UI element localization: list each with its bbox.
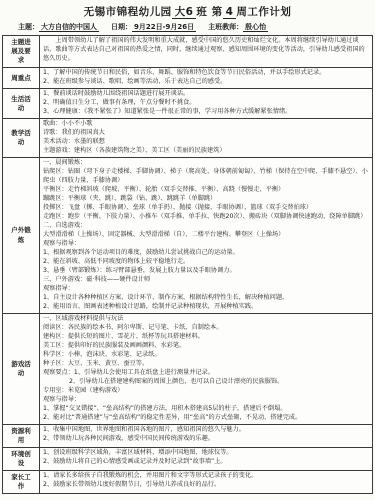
row-label: 生活活动 — [3, 89, 40, 118]
row-line: 走跑区：跑步（平衡、下肢力量）、小推车（双手推、单手拉、快跑20次）、搬砖块（双… — [43, 213, 369, 222]
page-title: 无锡市锦程幼儿园大6班 第4周工作计划 — [2, 3, 373, 22]
meta-theme: 主题：大方自信的中国人 — [18, 22, 99, 32]
row-line: 美工区：提供印好的民族服装及画画颜料、水彩笔。 — [43, 342, 369, 351]
row-theme-progress: 主题进展及要求 上周带领幼儿了解了祖国的伟大发明和重大成就，感受中国的悠久历史和… — [3, 36, 372, 67]
title-mid: 班 第 — [196, 6, 222, 18]
row-play-activities: 游戏活动 一、区域游戏材料提供与玩法 阅读区：各民族的绘本书、阿尔卑斯、记号笔、… — [3, 313, 372, 424]
row-line: 2、鼓励家长带领幼儿度好假期节日，引导幼儿养成良好的品行。 — [43, 481, 369, 490]
row-label: 主题进展及要求 — [3, 36, 40, 67]
row-line: 歌曲：小小不小歌 — [43, 120, 369, 129]
document-page: 无锡市锦程幼儿园大6班 第4周工作计划 主题：大方自信的中国人 日期：9月22日… — [0, 0, 375, 500]
row-week-focus: 周重点 1、了解中国的传统节日和民俗，如音乐、舞蹈、服饰和特色饮食等节日民俗活动… — [3, 67, 372, 88]
title-class-blank: 大6 — [172, 6, 197, 19]
row-line: 2、能在班级参与谈话、歌唱、绘画等活动，乐于表达自己的感受。 — [43, 78, 369, 87]
row-line: 1、了解中国的传统节日和民俗，如音乐、舞蹈、服饰和特色饮食等节日民俗活动，并以手… — [43, 69, 369, 78]
row-line: 3、心理健康：《我不紧张了》知道紧张是一件很正常的事，学习用各种方式缓解紧张情绪… — [43, 108, 369, 117]
row-line: 上周带领幼儿了解了祖国的伟大发明和重大成就，感受中国的悠久历史和灿烂文化。本周将… — [43, 37, 369, 64]
row-line: 1、请家长多给孩子自我锻炼的机会，并用图片和文字等形式记录孩子的变化。 — [43, 472, 369, 481]
meta-teacher: 主班教师：殷心怡 — [208, 22, 268, 32]
row-outdoor-exercise: 户外锻炼 一、晨间锻炼： 钻爬区：钻圈（弯下身子走楼梯、手脚协调）、梯子（爬高处… — [3, 157, 372, 313]
row-line: 一、晨间锻炼： — [43, 159, 369, 168]
row-resource-use: 资源利用 1、收集中国地图、世界地图和祖国各地的图片，感知祖国的悠久与魅力。 2… — [3, 424, 372, 447]
row-line: 2、带领幼儿玩各种民间游戏，感受中国民间传统游戏的乐趣。 — [43, 435, 369, 444]
row-label: 周重点 — [3, 68, 40, 88]
row-line: 1、收集中国地图、世界地图和祖国各地的图片，感知祖国的悠久与魅力。 — [43, 426, 369, 435]
row-line: 3、悬垂（臂部锻炼）：练习臂部悬垂，发展上肢力量以及手眼协调力。 — [43, 267, 369, 276]
row-line: 观察要点：1、引导幼儿会使用工具在纸盘上进行测量并记录。 — [43, 369, 369, 378]
row-line: 2、能在斜坡、高低不同坡度的物体上较平稳地行走。 — [43, 258, 369, 267]
row-parent-work: 家长工作 1、请家长多给孩子自我锻炼的机会，并用图片和文字等形式记录孩子的变化。… — [3, 470, 372, 493]
meta-date: 日期：9月22日-9月26日 — [111, 22, 196, 32]
row-line: 诗歌：我们的祖国真大 — [43, 129, 369, 138]
row-line: 美术活动：水墨的联想 — [43, 138, 369, 147]
plan-table: 主题进展及要求 上周带领幼儿了解了祖国的伟大发明和重大成就，感受中国的悠久历史和… — [2, 35, 373, 494]
row-label: 家长工作 — [3, 471, 40, 493]
row-line: 2、能对比“普通搭建”与“垒高结构”的稳定性差异，用“垒高”的方式垒砌，不晃动、… — [43, 414, 369, 423]
row-line: 大型滑滑梯（上操场）、固定器械、大型滑滑梯（自）、二楼平台建构、攀登区（上操场） — [43, 231, 369, 240]
row-line: 2、鼓励幼儿将自己的心情感受画或记录并及时记录到“故事墙”上。 — [43, 458, 369, 467]
row-line: 平衡区：走竹梯斜坡（爬坡、平衡）、轮胎（双手交替推、平衡）、高跷（慢慢走、平衡） — [43, 186, 369, 195]
row-line: 钻爬区：钻圈（弯下身子走楼梯、手脚协调）、梯子（爬高处、身体朝前匍匐）、竹梯（保… — [43, 168, 369, 186]
row-line: 一、区域游戏材料提供与玩法 — [43, 315, 369, 324]
row-label: 环境创设 — [3, 448, 40, 470]
row-line: 阅读区：各民族的绘本书、阿尔卑斯、记号笔、卡纸、自制绘本。 — [43, 324, 369, 333]
title-tail: 周工作计划 — [236, 6, 291, 18]
row-line: 1、创设班级科学区域角，丰富区域材料，增添中国地图、地球仪等。 — [43, 449, 369, 458]
row-line: 1、餐前谈话时鼓励幼儿围绕祖国话题进行展开谈话。 — [43, 90, 369, 99]
row-label: 资源利用 — [3, 425, 40, 447]
row-line: 1、根据观察到各个运动项目的难度，鼓励幼儿尝试挑战自己的运动量。 — [43, 249, 369, 258]
row-line: 主题游戏：建构区（各族建筑物之美）、美工区（美丽的民族建筑） — [43, 147, 369, 156]
meta-date-value: 9月22日-9月26日 — [132, 23, 196, 32]
row-life-activities: 生活活动 1、餐前谈话时鼓励幼儿围绕祖国话题进行展开谈话。 2、明确值日生分工，… — [3, 88, 372, 118]
meta-teacher-value: 殷心怡 — [243, 23, 268, 32]
row-line: 2、能用语言、图画表述种植设计思路，绘制并记录种植现状，开展种植实践。 — [43, 303, 369, 312]
row-line: 投掷区：飞盘（掷、手眼协调）、垒球（单手扔）、抛接（抛接、手眼协调）、篮球（双手… — [43, 204, 369, 213]
row-line: 建构区：提供长短的图片、雪花片、纸杯等玩具搭建材料。 — [43, 333, 369, 342]
meta-theme-value: 大方自信的中国人 — [39, 23, 99, 32]
row-line: 二、自选游戏： — [43, 222, 369, 231]
row-line: 科学区：小棒、泡沫块、水彩笔、记录纸。 — [43, 351, 369, 360]
row-label: 游戏活动 — [3, 314, 40, 424]
row-teaching-activities: 教学活动 歌曲：小小不小歌 诗歌：我们的祖国真大 美术活动：水墨的联想 主题游戏… — [3, 118, 372, 157]
row-label: 户外锻炼 — [3, 158, 40, 313]
row-line: 1、自主设计各种种植区方案、设计环节、制作方案，根据结构特性生长，解决种植问题。 — [43, 294, 369, 303]
row-line: 观察指导： — [43, 285, 369, 294]
row-line: 种子区：大豆、玉米、黄豆、蚕豆等。 — [43, 360, 369, 369]
row-line: 观察与指导： — [43, 396, 369, 405]
row-line: 专用室：米苋园（建构游戏） — [43, 387, 369, 396]
row-line: 2、明确值日生分工，做事有条理，午点分餐时不挑食。 — [43, 99, 369, 108]
row-environment-setup: 环境创设 1、创设班级科学区域角，丰富区域材料，增添中国地图、地球仪等。 2、鼓… — [3, 447, 372, 470]
meta-line: 主题：大方自信的中国人 日期：9月22日-9月26日 主班教师：殷心怡 — [2, 22, 373, 35]
row-line: 观察与指导： — [43, 240, 369, 249]
row-line: 三、户外游戏：磁·科技——硬件设计师 — [43, 276, 369, 285]
row-label: 教学活动 — [3, 119, 40, 157]
title-week-blank: 4 — [223, 6, 237, 19]
row-line: 2、引导幼儿在搭建建构图案的周围上颜色，也可以自己设计漂亮的民族服饰。 — [43, 378, 369, 387]
row-line: 1、掌握“交叉错接”、“垒高结构”的搭建方法，用积木搭建高5层的柱子，搭建后不倒… — [43, 405, 369, 414]
row-line: 蹦跳区：平衡球（夹、跳）、跳袋（钻、跳）、跳跳羊（单脚跳） — [43, 195, 369, 204]
title-school: 无锡市锦程幼儿园 — [84, 6, 172, 18]
